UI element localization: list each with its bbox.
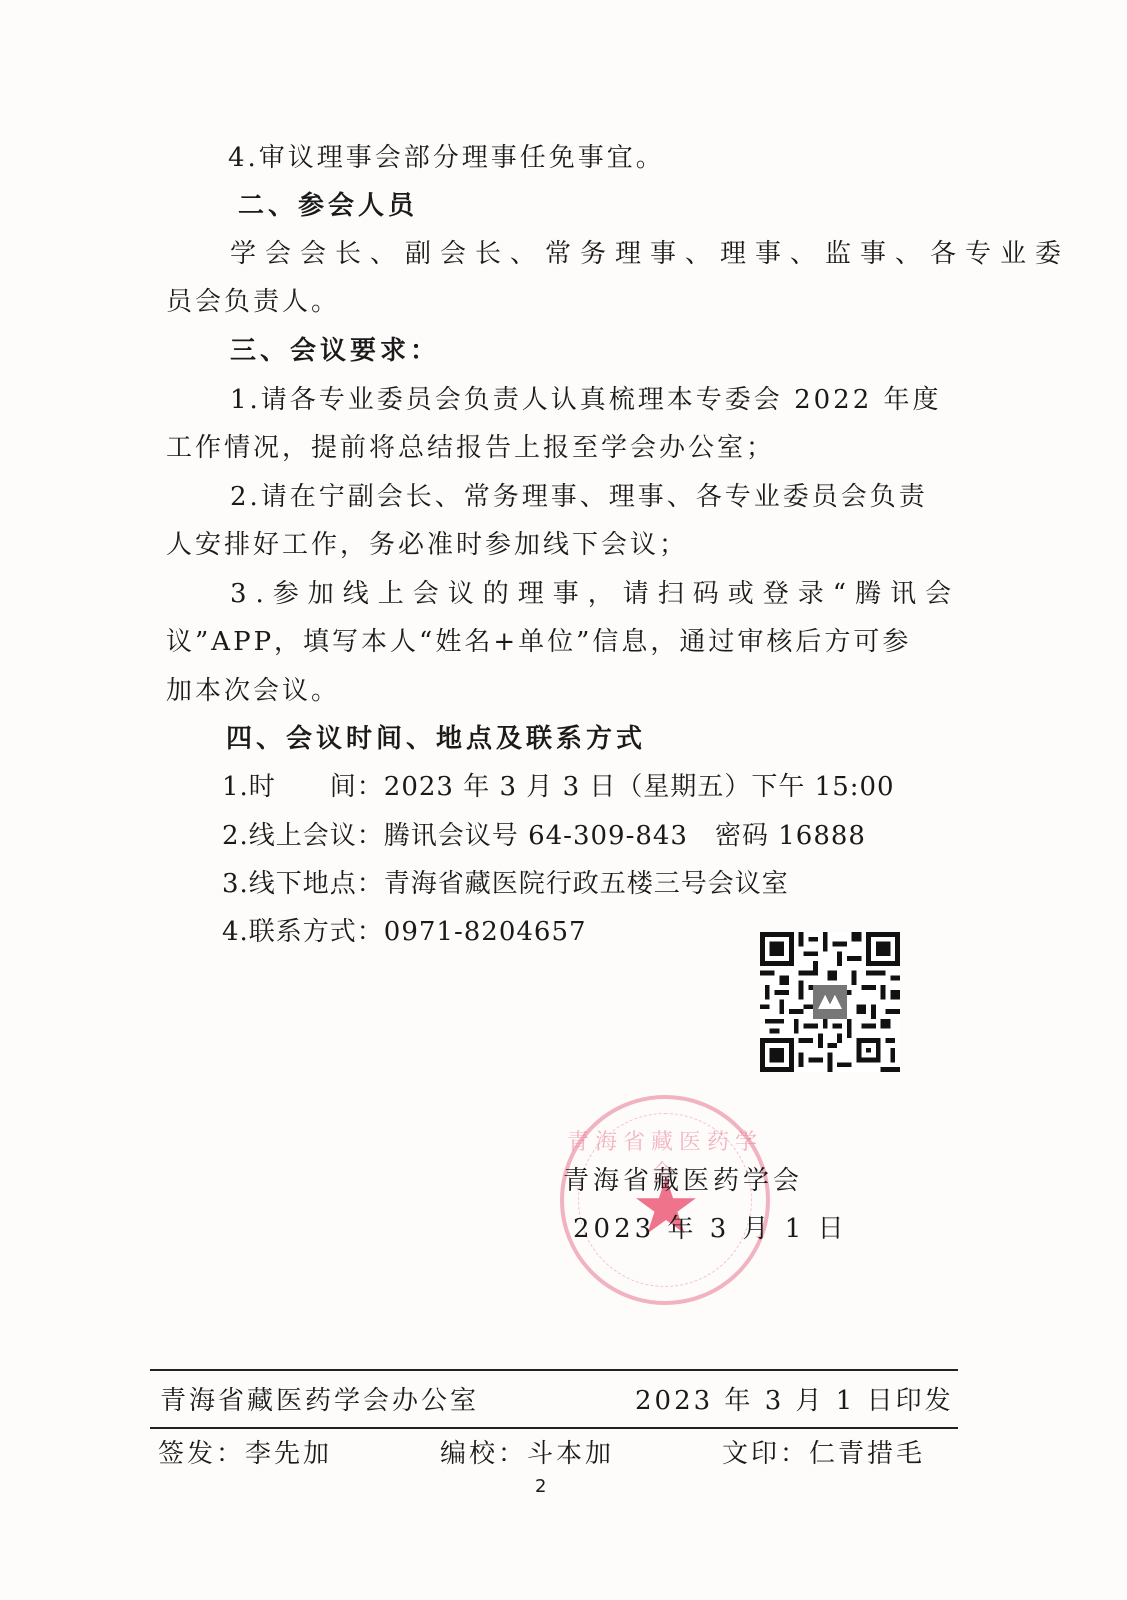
footer-middle-rule [150,1427,958,1429]
online-meeting-info: 2.线上会议：腾讯会议号 64-309-843 密码 16888 [222,820,866,852]
footer-signed-by: 签发：李先加 [158,1438,332,1470]
section-2-text-line2: 员会负责人。 [166,286,340,318]
section-2-text-line1: 学会会长、副会长、常务理事、理事、监事、各专业委 [230,238,1070,270]
requirement-2-line2: 人安排好工作，务必准时参加线下会议； [166,529,688,561]
contact-info: 4.联系方式：0971-8204657 [222,916,587,948]
requirement-3-line3: 加本次会议。 [166,675,340,707]
requirement-1-line1: 1.请各专业委员会负责人认真梳理本专委会 2022 年度 [230,384,942,416]
requirement-3-line2: 议”APP，填写本人“姓名+单位”信息，通过审核后方可参 [166,626,911,658]
section-3-title: 三、会议要求： [230,335,440,367]
signature-date: 2023 年 3 月 1 日 [573,1213,848,1245]
requirement-1-line2: 工作情况，提前将总结报告上报至学会办公室； [166,432,775,464]
footer-edited-by: 编校：斗本加 [440,1438,614,1470]
footer-issue-date: 2023 年 3 月 1 日印发 [635,1385,954,1417]
section-4-title: 四、会议时间、地点及联系方式 [226,723,646,755]
page-number: 2 [535,1476,546,1497]
footer-top-rule [150,1369,958,1371]
section-2-title: 二、参会人员 [238,190,418,222]
requirement-2-line1: 2.请在宁副会长、常务理事、理事、各专业委员会负责 [230,481,928,513]
offline-location: 3.线下地点：青海省藏医院行政五楼三号会议室 [222,868,789,900]
footer-issuer: 青海省藏医药学会办公室 [160,1385,479,1417]
qr-code-icon[interactable] [760,932,900,1072]
requirement-3-line1: 3.参加线上会议的理事，请扫码或登录“腾讯会 [230,578,960,610]
item-4-text: 4.审议理事会部分理事任免事宜。 [228,142,665,174]
signature-organization: 青海省藏医药学会 [563,1165,803,1197]
official-seal-icon: 青海省藏医药学会 ★ [560,1095,770,1305]
footer-typed-by: 文印：仁青措毛 [722,1438,925,1470]
meeting-time: 1.时 间：2023 年 3 月 3 日（星期五）下午 15:00 [222,771,895,803]
